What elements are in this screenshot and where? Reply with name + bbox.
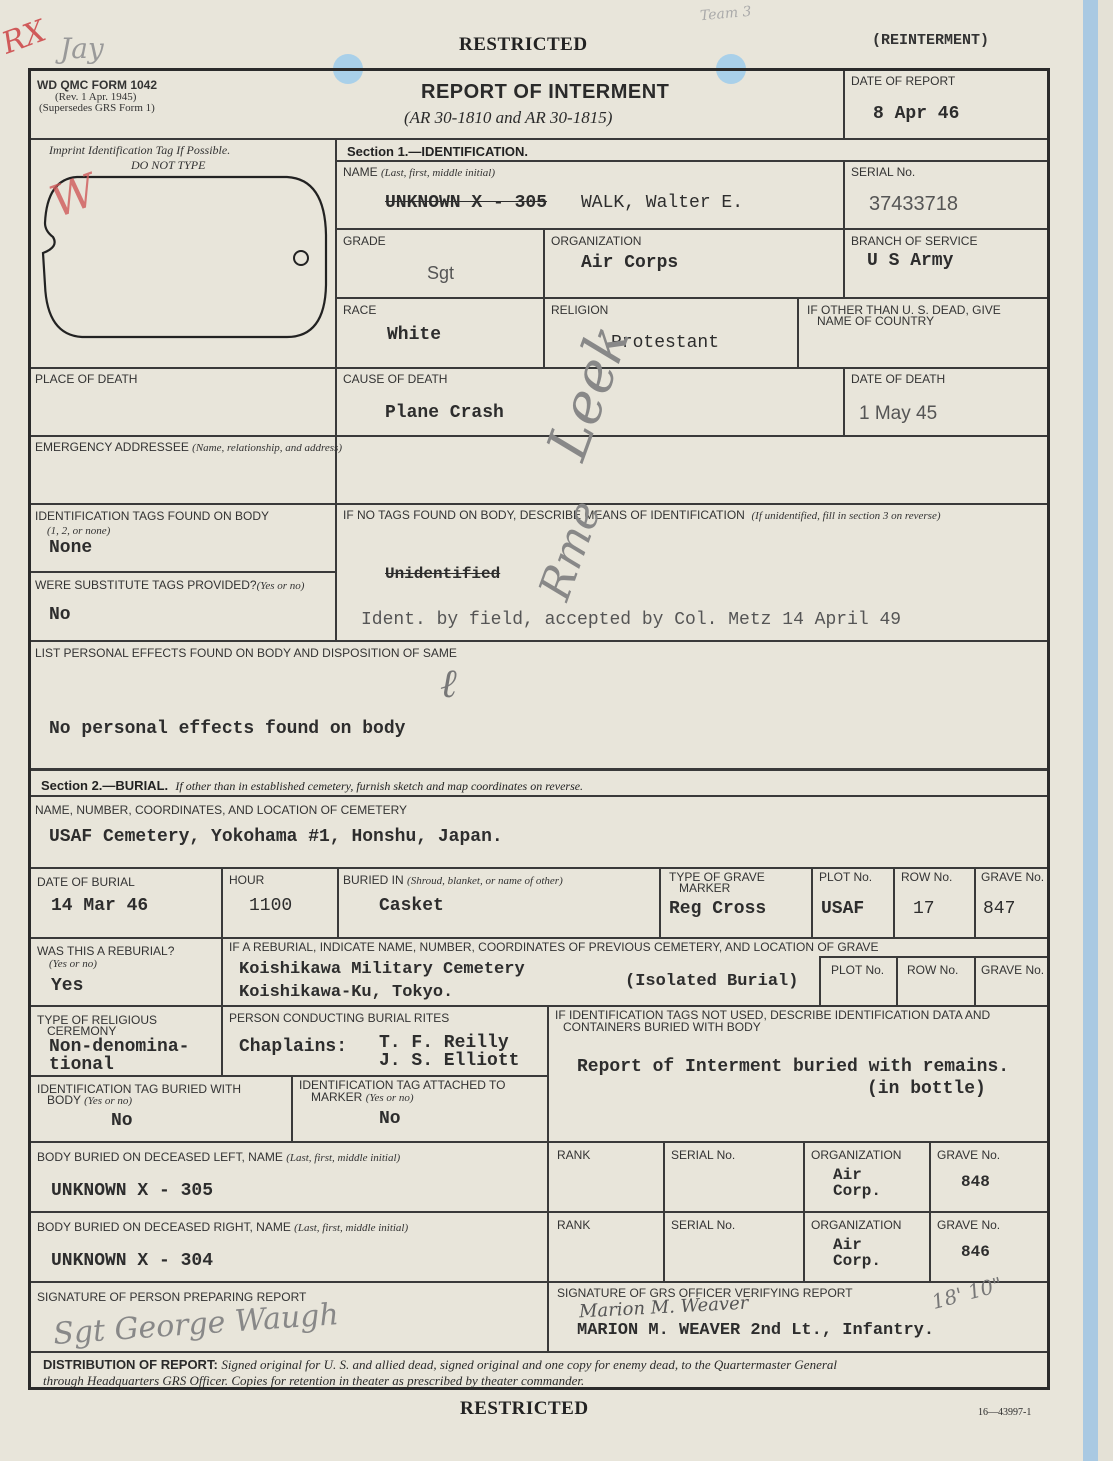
right-grave-label: GRAVE No. <box>937 1219 1000 1231</box>
cemetery: USAF Cemetery, Yokohama #1, Honshu, Japa… <box>49 827 503 847</box>
right-grave: 846 <box>961 1243 990 1261</box>
plot: USAF <box>821 899 864 919</box>
previous-burial-note: (Isolated Burial) <box>625 972 798 991</box>
effects-label: LIST PERSONAL EFFECTS FOUND ON BODY AND … <box>35 647 457 659</box>
verifier-typed-name: MARION M. WEAVER 2nd Lt., Infantry. <box>577 1321 934 1340</box>
race: White <box>387 325 441 345</box>
right-org-line-1: Air <box>833 1237 862 1253</box>
organization-label: ORGANIZATION <box>551 235 641 247</box>
ceremony-line-1: Non-denomina- <box>49 1037 189 1057</box>
red-annotation: RX <box>0 14 51 62</box>
hour: 1100 <box>249 896 292 916</box>
substitute-tags-label: WERE SUBSTITUTE TAGS PROVIDED?(Yes or no… <box>35 579 304 592</box>
grade: Sgt <box>427 263 454 284</box>
race-label: RACE <box>343 304 376 316</box>
right-serial-label: SERIAL No. <box>671 1219 735 1231</box>
date-of-death: 1 May 45 <box>859 403 937 425</box>
cause-of-death-label: CAUSE OF DEATH <box>343 373 447 385</box>
deceased-name: WALK, Walter E. <box>581 193 743 213</box>
print-code: 16—43997-1 <box>978 1407 1031 1418</box>
document-page: RESTRICTED (REINTERMENT) Team 3 RX Jay W… <box>0 0 1098 1461</box>
form-number: WD QMC FORM 1042 <box>37 79 157 91</box>
right-org-label: ORGANIZATION <box>811 1219 901 1231</box>
date-of-burial-label: DATE OF BURIAL <box>37 876 135 888</box>
tags-found: None <box>49 538 92 558</box>
row: 17 <box>913 899 935 919</box>
grade-label: GRADE <box>343 235 386 247</box>
buried-in: Casket <box>379 896 444 916</box>
left-org-line-2: Corp. <box>833 1183 881 1199</box>
background-edge <box>1083 0 1098 1461</box>
serial-number: 37433718 <box>869 193 958 216</box>
means-of-id: Ident. by field, accepted by Col. Metz 1… <box>361 610 901 630</box>
substitute-tags: No <box>49 605 71 625</box>
reinterment-tag: (REINTERMENT) <box>872 32 989 49</box>
cause-of-death: Plane Crash <box>385 403 504 423</box>
id-data-line-1: Report of Interment buried with remains. <box>577 1057 1009 1077</box>
chaplain-1: T. F. Reilly <box>379 1033 509 1053</box>
date-of-report-label: DATE OF REPORT <box>851 75 955 87</box>
name-struck: UNKNOWN X - 305 <box>385 193 547 213</box>
hour-label: HOUR <box>229 874 264 886</box>
previous-cemetery-line-1: Koishikawa Military Cemetery <box>239 960 525 979</box>
tag-buried: No <box>111 1111 133 1131</box>
rites-label: PERSON CONDUCTING BURIAL RITES <box>229 1012 449 1024</box>
left-grave-label: GRAVE No. <box>937 1149 1000 1161</box>
classification-top: RESTRICTED <box>459 34 588 56</box>
personal-effects: No personal effects found on body <box>49 719 405 739</box>
prev-grave-label: GRAVE No. <box>981 964 1044 976</box>
reburial: Yes <box>51 976 83 996</box>
left-body-label: BODY BURIED ON DECEASED LEFT, NAME (Last… <box>37 1151 400 1164</box>
pencil-initials: Jay <box>60 32 104 65</box>
chaplain-2: J. S. Elliott <box>379 1051 519 1071</box>
previous-cemetery-label: IF A REBURIAL, INDICATE NAME, NUMBER, CO… <box>229 941 878 953</box>
tag-marker: No <box>379 1109 401 1129</box>
buried-in-label: BURIED IN (Shroud, blanket, or name of o… <box>343 874 563 887</box>
preparer-signature: Sgt George Waugh <box>52 1297 340 1352</box>
section-2-title: Section 2.—BURIAL. If other than in esta… <box>41 778 583 794</box>
row-label: ROW No. <box>901 871 952 883</box>
religion-label: RELIGION <box>551 304 608 316</box>
distribution-line-1: DISTRIBUTION OF REPORT: Signed original … <box>43 1357 837 1373</box>
emergency-label: EMERGENCY ADDRESSEE (Name, relationship,… <box>35 441 342 454</box>
serial-label: SERIAL No. <box>851 166 915 178</box>
pencil-measurement: 18' 10" <box>929 1272 1005 1314</box>
date-of-death-label: DATE OF DEATH <box>851 373 945 385</box>
branch: U S Army <box>867 251 953 271</box>
left-org-line-1: Air <box>833 1167 862 1183</box>
reburial-label: WAS THIS A REBURIAL? <box>37 945 174 957</box>
branch-label: BRANCH OF SERVICE <box>851 235 977 247</box>
left-grave: 848 <box>961 1173 990 1191</box>
prev-plot-label: PLOT No. <box>831 964 884 976</box>
grave-marker: Reg Cross <box>669 899 766 919</box>
tag-imprint-warning: DO NOT TYPE <box>131 159 205 171</box>
rites-prefix: Chaplains: <box>239 1037 347 1057</box>
date-of-report: 8 Apr 46 <box>873 104 959 124</box>
grave: 847 <box>983 899 1015 919</box>
means-of-id-label: IF NO TAGS FOUND ON BODY, DESCRIBE MEANS… <box>343 509 941 522</box>
classification-bottom: RESTRICTED <box>460 1398 589 1420</box>
place-of-death-label: PLACE OF DEATH <box>35 373 137 385</box>
left-serial-label: SERIAL No. <box>671 1149 735 1161</box>
organization: Air Corps <box>581 253 678 273</box>
form-title: REPORT OF INTERMENT <box>421 81 669 104</box>
right-body-name: UNKNOWN X - 304 <box>51 1251 213 1271</box>
prev-row-label: ROW No. <box>907 964 958 976</box>
previous-cemetery-line-2: Koishikawa-Ku, Tokyo. <box>239 983 453 1002</box>
pencil-note: Team 3 <box>699 4 752 24</box>
right-body-label: BODY BURIED ON DECEASED RIGHT, NAME (Las… <box>37 1221 408 1234</box>
left-rank-label: RANK <box>557 1149 590 1161</box>
form-supersedes: (Supersedes GRS Form 1) <box>39 102 155 114</box>
means-struck: Unidentified <box>385 565 500 583</box>
distribution-line-2: through Headquarters GRS Officer. Copies… <box>43 1373 584 1389</box>
pencil-scribble: ℓ <box>440 660 457 707</box>
id-data-line-2: (in bottle) <box>867 1079 986 1099</box>
report-form: WD QMC FORM 1042 (Rev. 1 Apr. 1945) (Sup… <box>28 68 1050 1390</box>
left-body-name: UNKNOWN X - 305 <box>51 1181 213 1201</box>
date-of-burial: 14 Mar 46 <box>51 896 148 916</box>
name-label: NAME (Last, first, middle initial) <box>343 166 495 179</box>
grave-label: GRAVE No. <box>981 871 1044 883</box>
section-1-title: Section 1.—IDENTIFICATION. <box>347 144 528 159</box>
tags-found-label: IDENTIFICATION TAGS FOUND ON BODY <box>35 510 269 522</box>
tag-imprint-label: Imprint Identification Tag If Possible. <box>49 144 230 156</box>
ceremony-line-2: tional <box>49 1055 114 1075</box>
plot-label: PLOT No. <box>819 871 872 883</box>
left-org-label: ORGANIZATION <box>811 1149 901 1161</box>
form-subtitle: (AR 30-1810 and AR 30-1815) <box>404 108 612 128</box>
right-rank-label: RANK <box>557 1219 590 1231</box>
right-org-line-2: Corp. <box>833 1253 881 1269</box>
cemetery-label: NAME, NUMBER, COORDINATES, AND LOCATION … <box>35 804 407 816</box>
